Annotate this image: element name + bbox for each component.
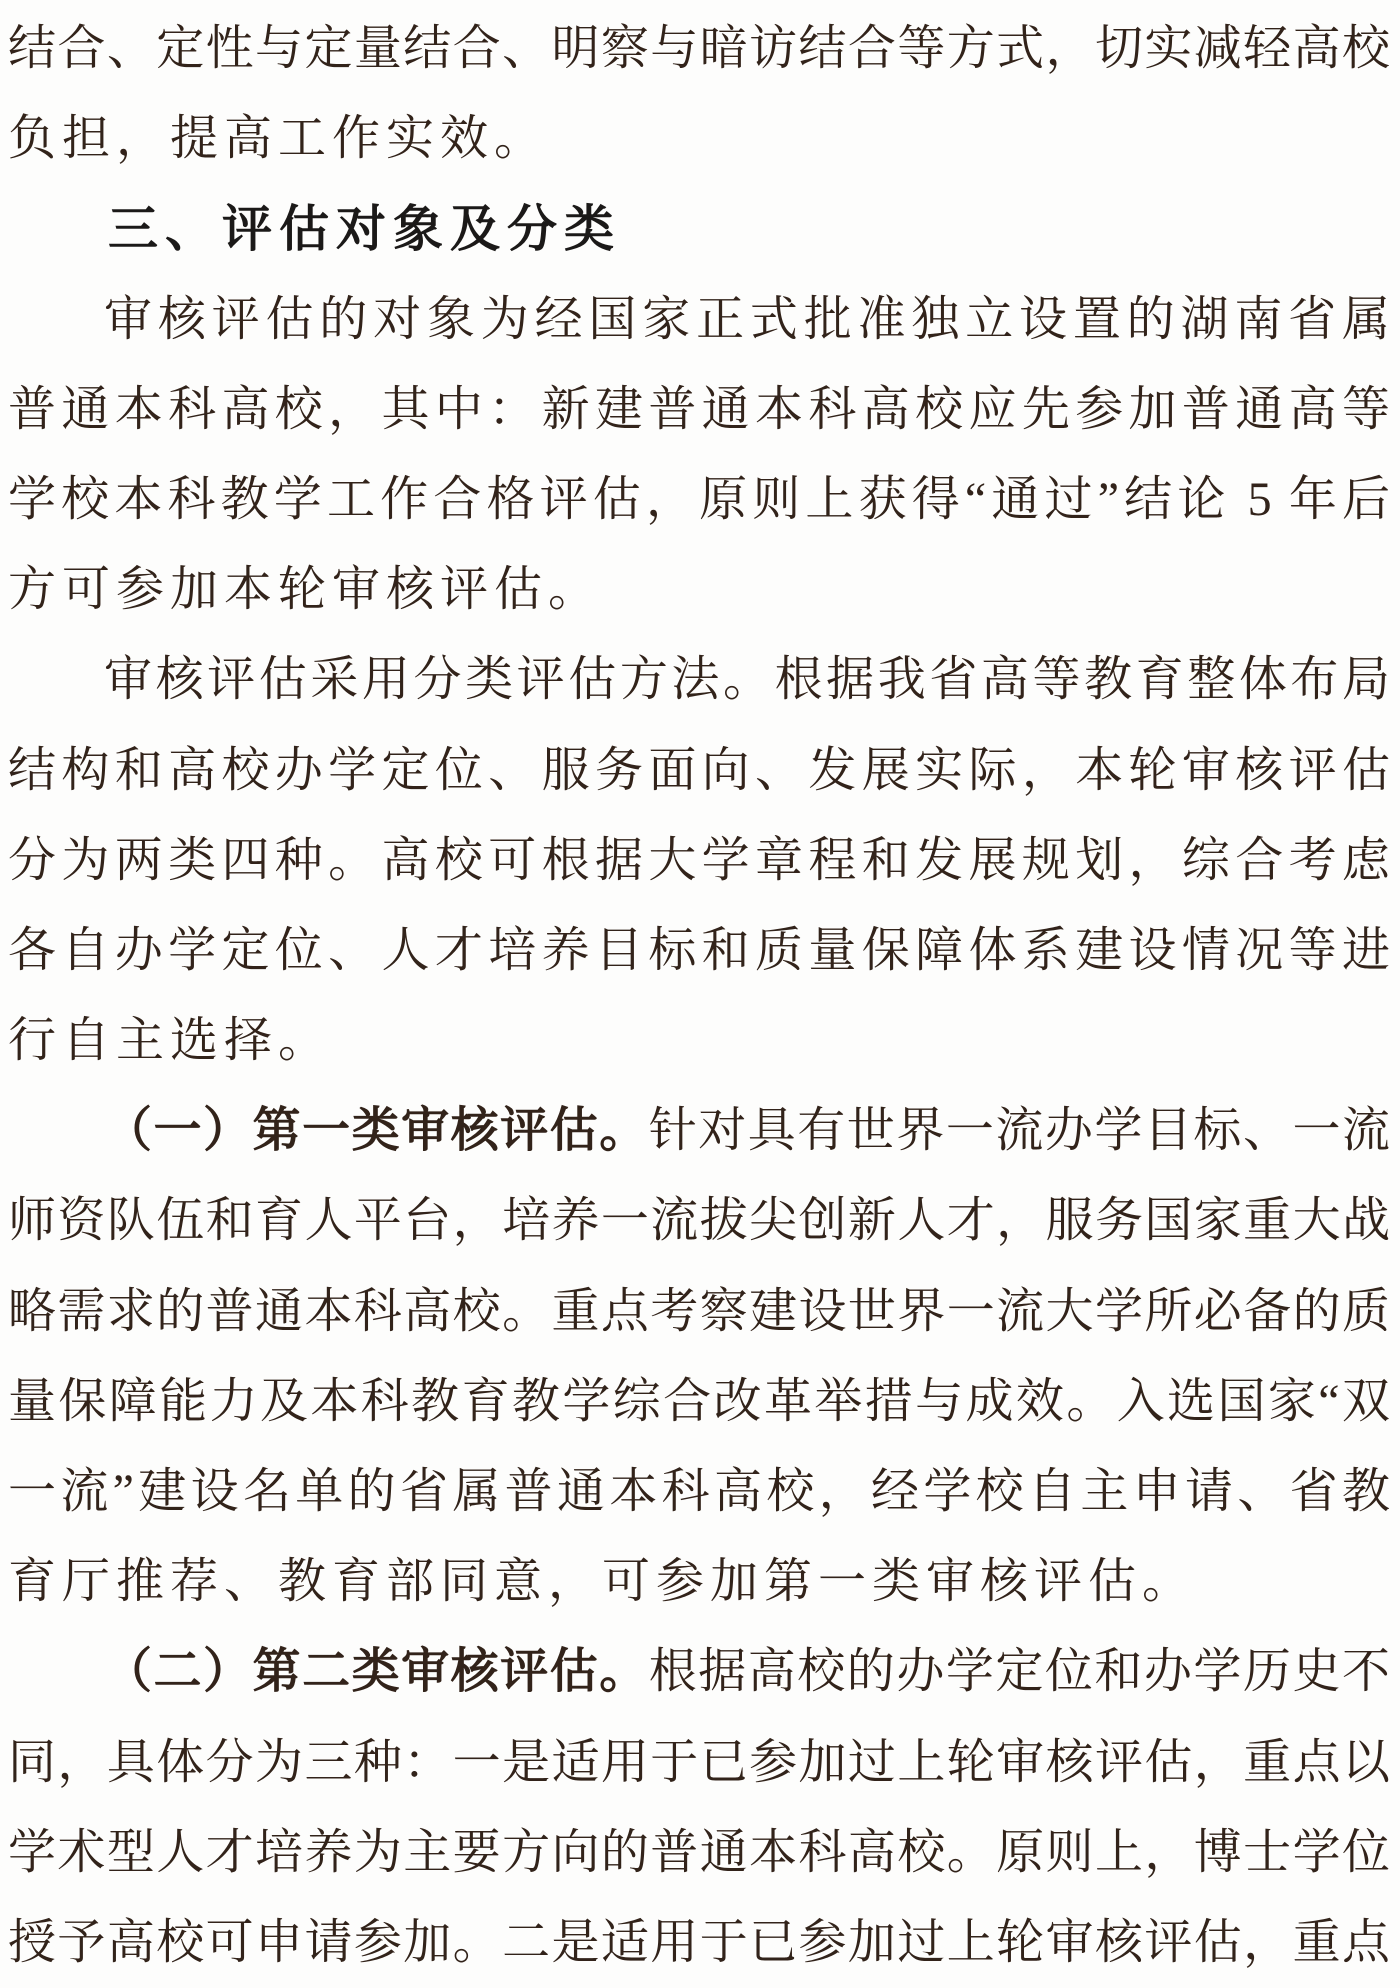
text-line: 结合、定性与定量结合、明察与暗访结合等方式，切实减轻高校 xyxy=(8,4,1390,94)
text-line: 普通本科高校，其中：新建普通本科高校应先参加普通高等 xyxy=(8,365,1390,455)
paragraph-rest: 针对具有世界一流办学目标、一流 xyxy=(649,1104,1390,1157)
text-line: 学术型人才培养为主要方向的普通本科高校。原则上，博士学位 xyxy=(8,1808,1390,1898)
text-line: 学校本科教学工作合格评估，原则上获得“通过”结论 5 年后 xyxy=(8,455,1390,545)
paragraph-lead: （二）第二类审核评估。 xyxy=(104,1645,649,1698)
text-line: （一）第一类审核评估。针对具有世界一流办学目标、一流 xyxy=(8,1086,1390,1176)
paragraph-rest: 根据高校的办学定位和办学历史不 xyxy=(649,1645,1390,1698)
text-line: 审核评估采用分类评估方法。根据我省高等教育整体布局 xyxy=(8,635,1390,725)
text-line: 负担，提高工作实效。 xyxy=(8,94,1390,184)
text-line: 一流”建设名单的省属普通本科高校，经学校自主申请、省教 xyxy=(8,1447,1390,1537)
text-line: 结构和高校办学定位、服务面向、发展实际，本轮审核评估 xyxy=(8,726,1390,816)
section-heading: 三、评估对象及分类 xyxy=(8,184,1390,274)
text-line: 育厅推荐、教育部同意，可参加第一类审核评估。 xyxy=(8,1537,1390,1627)
text-line: 审核评估的对象为经国家正式批准独立设置的湖南省属 xyxy=(8,275,1390,365)
text-line: 略需求的普通本科高校。重点考察建设世界一流大学所必备的质 xyxy=(8,1267,1390,1357)
text-line: 授予高校可申请参加。二是适用于已参加过上轮审核评估，重点 xyxy=(8,1898,1390,1988)
text-line: 分为两类四种。高校可根据大学章程和发展规划，综合考虑 xyxy=(8,816,1390,906)
text-line: 同，具体分为三种：一是适用于已参加过上轮审核评估，重点以 xyxy=(8,1718,1390,1808)
text-line: 各自办学定位、人才培养目标和质量保障体系建设情况等进 xyxy=(8,906,1390,996)
text-line: （二）第二类审核评估。根据高校的办学定位和办学历史不 xyxy=(8,1627,1390,1717)
text-line: 量保障能力及本科教育教学综合改革举措与成效。入选国家“双 xyxy=(8,1357,1390,1447)
text-line: 方可参加本轮审核评估。 xyxy=(8,545,1390,635)
paragraph-lead: （一）第一类审核评估。 xyxy=(104,1104,649,1157)
text-line: 师资队伍和育人平台，培养一流拔尖创新人才，服务国家重大战 xyxy=(8,1176,1390,1266)
document-page: 结合、定性与定量结合、明察与暗访结合等方式，切实减轻高校 负担，提高工作实效。 … xyxy=(0,0,1400,1988)
text-line: 行自主选择。 xyxy=(8,996,1390,1086)
